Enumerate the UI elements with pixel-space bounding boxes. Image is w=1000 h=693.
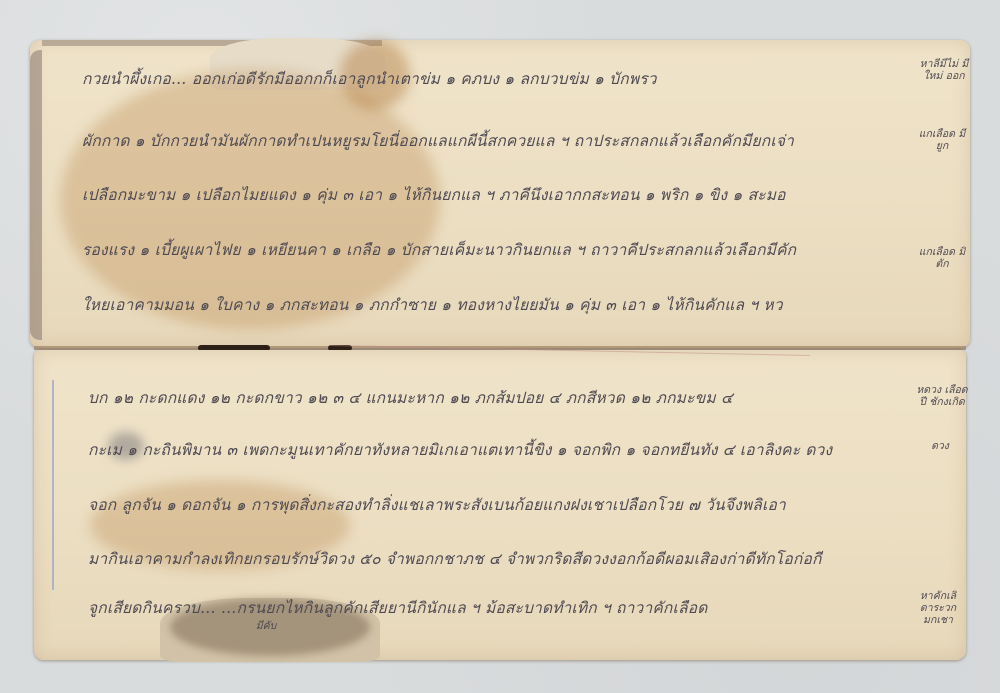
margin-note: หาคักเลิ ดาระวก มกเชา <box>912 590 964 626</box>
margin-rule <box>52 380 54 590</box>
margin-note: แกเลือด มิตัก <box>916 246 968 270</box>
margin-note: หดวง เลือดปี ชักงเกิด <box>916 384 968 408</box>
text-line: ใหยเอาคามมอน ๑ ใบคาง ๑ ภกสะทอน ๑ ภกกำซาย… <box>82 292 783 317</box>
text-line: จอก ลูกจัน ๑ ดอกจัน ๑ การพุดสิ่งกะสองทำล… <box>88 492 786 517</box>
damaged-fragment-text: มีคับ <box>246 620 286 632</box>
text-line: มากินเอาคามกำลงเทิกยกรอบรักษ์วิดวง ๕๐ จำ… <box>88 546 822 571</box>
text-line: เปลือกมะขาม ๑ เปลือกไมยแดง ๑ คุ่ม ๓ เอา … <box>82 182 786 207</box>
margin-note: ดวง <box>914 440 966 452</box>
text-line: บก ๑๒ กะดกแดง ๑๒ กะดกขาว ๑๒ ๓ ๔ แกนมะหาก… <box>88 385 733 410</box>
leaf-left-edge-wear <box>30 50 42 340</box>
margin-note: แกเลือด มียูก <box>916 128 968 152</box>
text-line: จูกเสียดกินครวบ… …กรนยกไหกินลูกคักเสียยา… <box>88 595 707 620</box>
text-line: กะเม ๑ กะถินพิมาน ๓ เพดกะมูนเทาคักยาทังห… <box>88 437 832 462</box>
text-line: ผักกาด ๑ บักกวยนำมันผักกาดทำเปนหยูรมโยนี… <box>82 128 794 153</box>
text-line: รองแรง ๑ เบี้ยผูเผาไฟย ๑ เหยียนคา ๑ เกลื… <box>82 237 796 262</box>
text-line: กวยนำผึ้งเกอ… ออกเก่อดีรักมีออกกก็เอาลูก… <box>82 66 657 91</box>
margin-note: หาลีมีไม่ มีใหม่ ออก <box>918 58 970 82</box>
